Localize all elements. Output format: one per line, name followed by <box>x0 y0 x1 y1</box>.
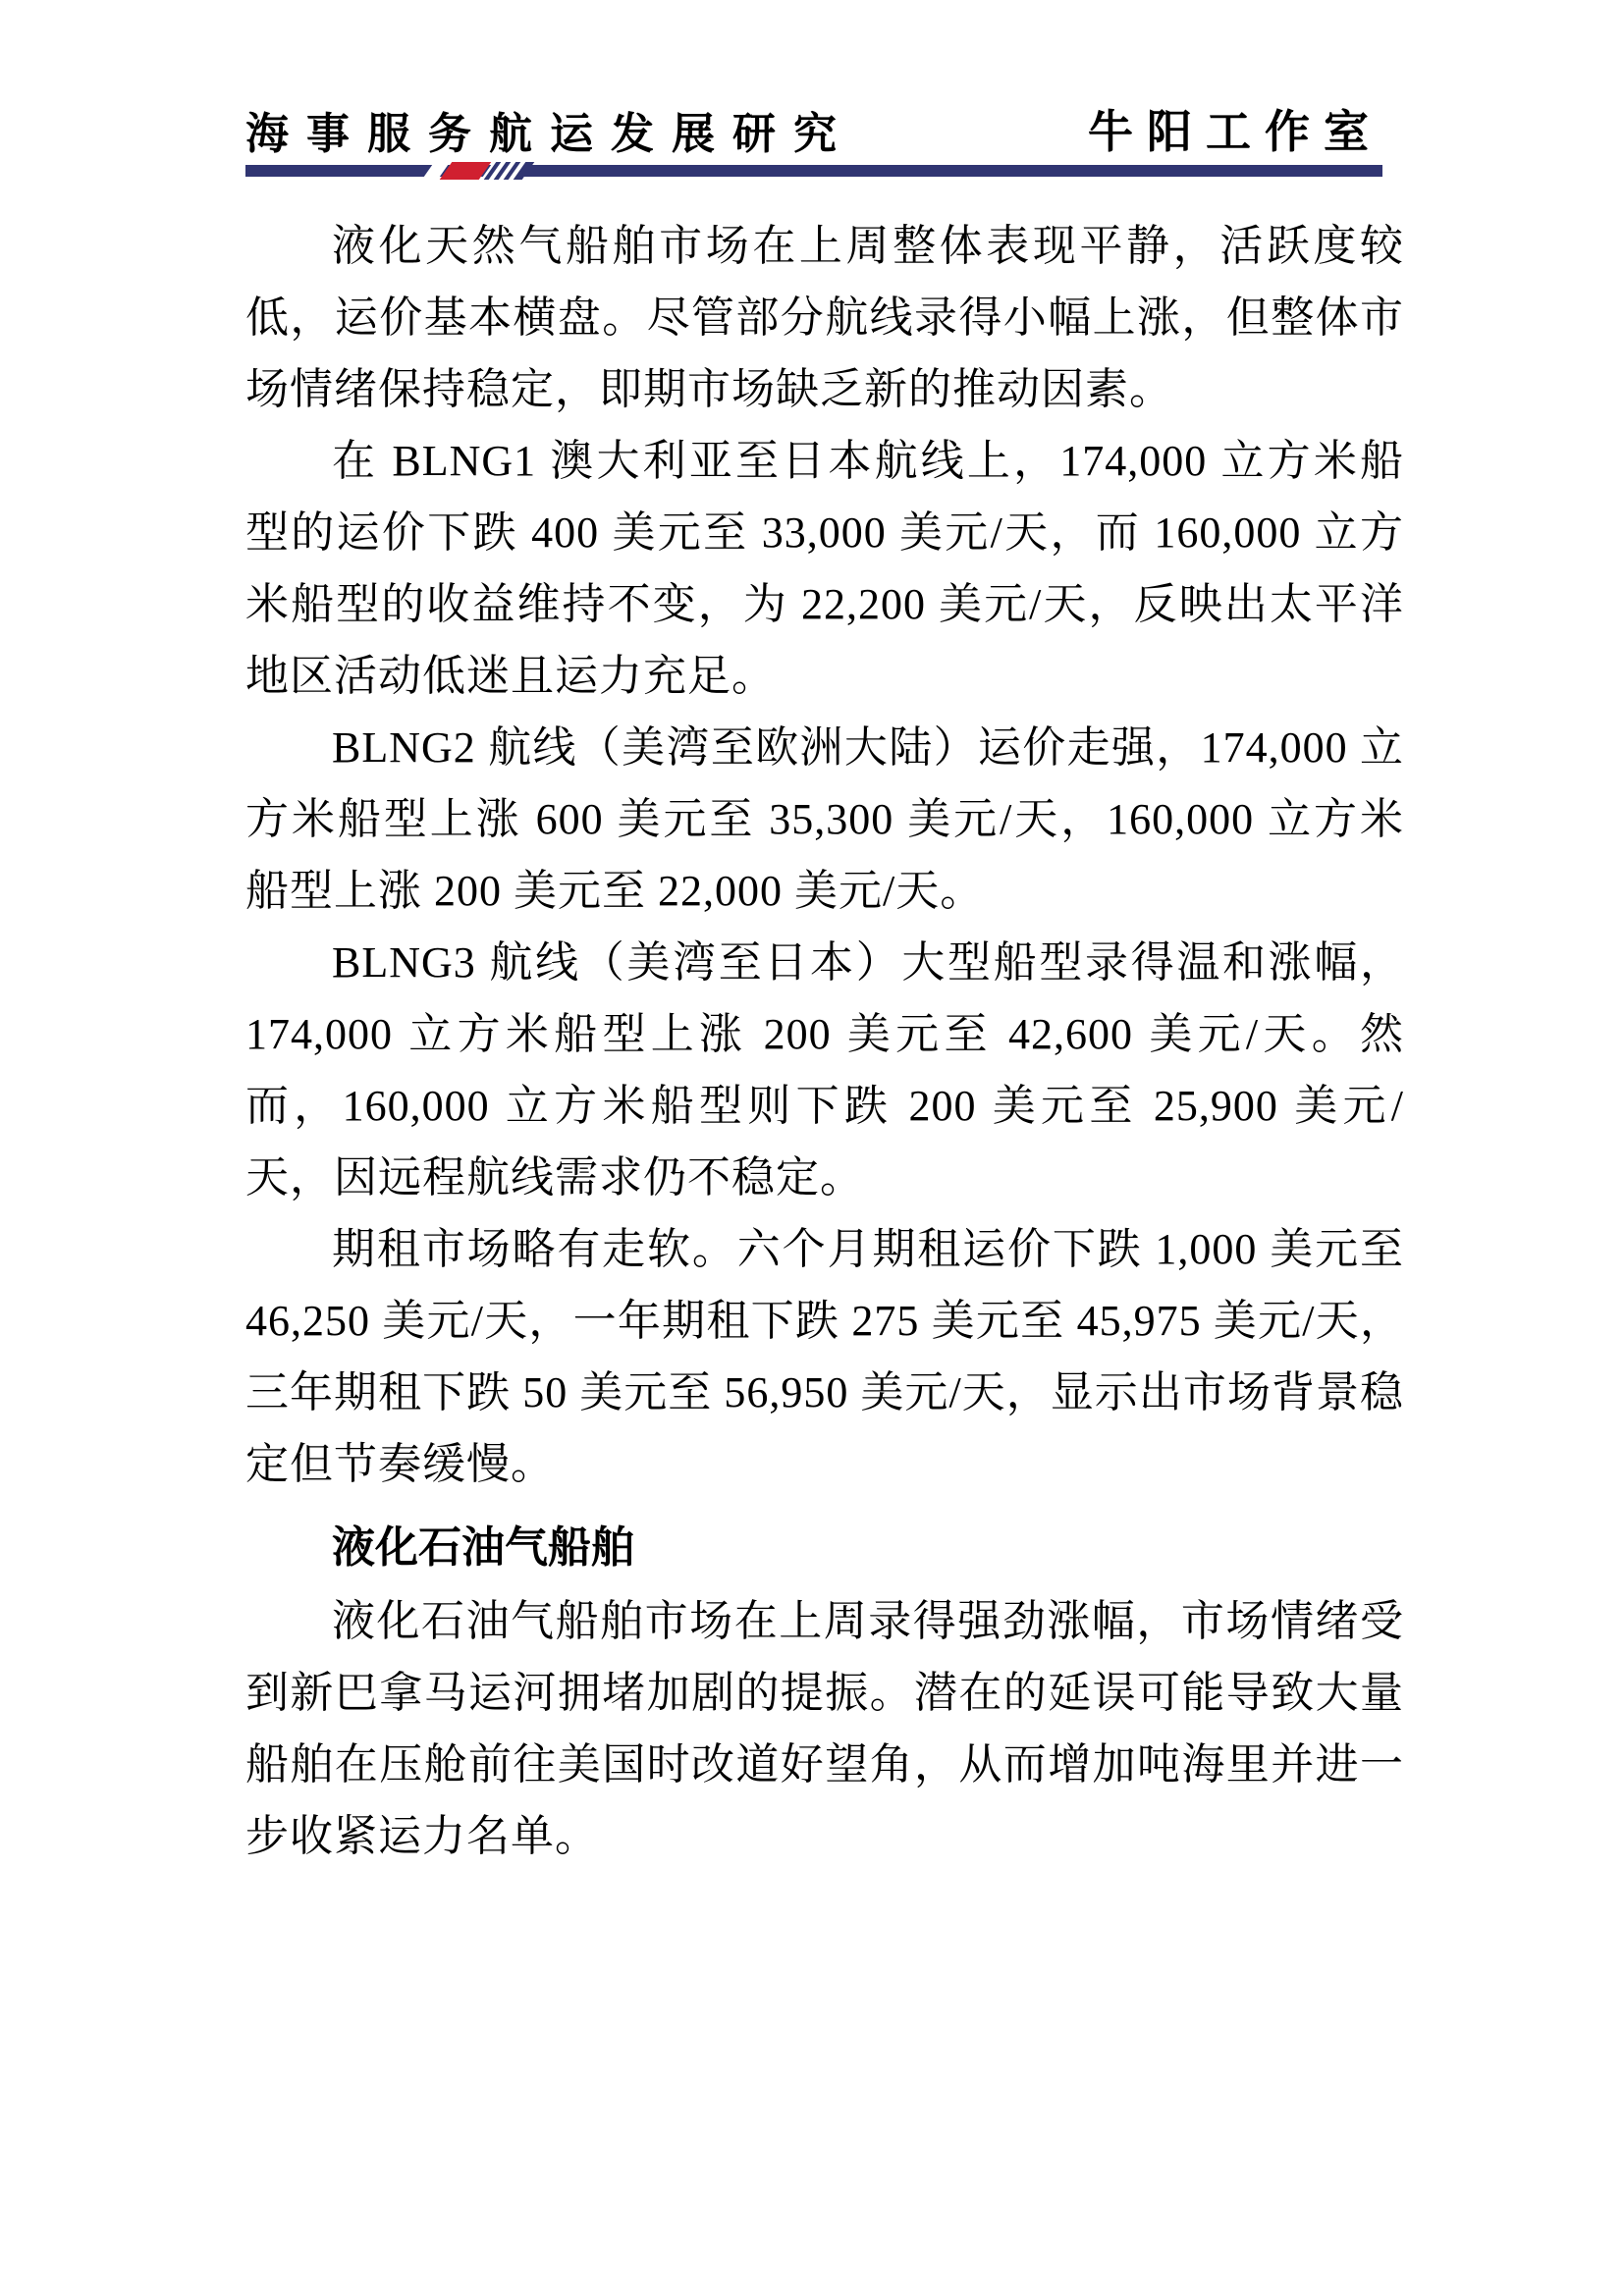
paragraph: 液化天然气船舶市场在上周整体表现平静，活跃度较低，运价基本横盘。尽管部分航线录得… <box>245 210 1404 425</box>
paragraph: BLNG3 航线（美湾至日本）大型船型录得温和涨幅，174,000 立方米船型上… <box>245 927 1404 1213</box>
studio-name: 牛阳工作室 <box>1088 96 1382 161</box>
paragraph: 液化石油气船舶市场在上周录得强劲涨幅，市场情绪受到新巴拿马运河拥堵加剧的提振。潜… <box>245 1585 1404 1872</box>
section-heading: 液化石油气船舶 <box>245 1512 1404 1583</box>
report-series-title: 海事服务航运发展研究 <box>245 98 854 161</box>
document-body: 液化天然气船舶市场在上周整体表现平静，活跃度较低，运价基本横盘。尽管部分航线录得… <box>245 210 1404 1872</box>
header-rule <box>245 165 1382 177</box>
paragraph: 在 BLNG1 澳大利亚至日本航线上，174,000 立方米船型的运价下跌 40… <box>245 425 1404 712</box>
page: 海事服务航运发展研究 牛阳工作室 液化天然气船舶市场在上周整体表现平静，活跃度较… <box>0 0 1624 2296</box>
paragraph: BLNG2 航线（美湾至欧洲大陆）运价走强，174,000 立方米船型上涨 60… <box>245 712 1404 927</box>
paragraph: 期租市场略有走软。六个月期租运价下跌 1,000 美元至 46,250 美元/天… <box>245 1213 1404 1500</box>
